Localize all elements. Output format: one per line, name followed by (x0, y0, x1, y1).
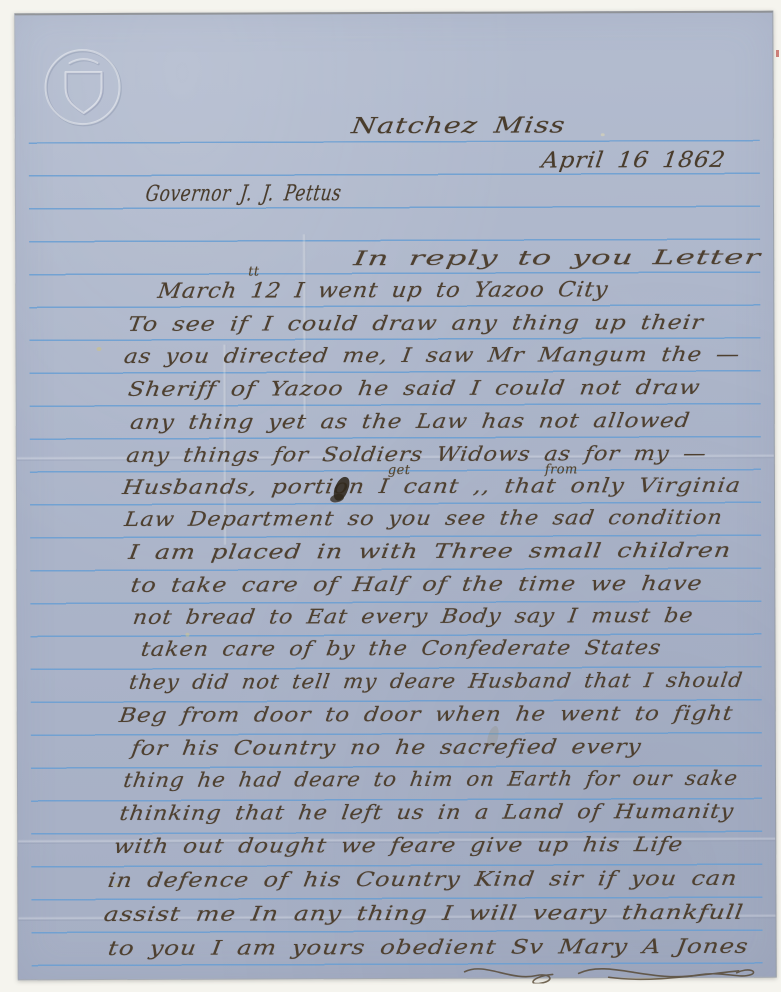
letter-line: Beg from door to door when he went to fi… (118, 701, 735, 727)
insert-day-suffix: tt (248, 264, 259, 279)
letter-line: March 12 I went up to Yazoo City (156, 277, 610, 303)
insert-word-get: get (388, 463, 411, 478)
letter-line: not bread to Eat every Body say I must b… (131, 603, 695, 629)
letter-line: assist me In any thing I will veary than… (103, 900, 746, 926)
signature-flourish (459, 957, 759, 984)
letter-line: In reply to you Letter (352, 245, 763, 270)
letter-line: Law Department so you see the sad condit… (123, 505, 724, 531)
letter-line: as you directed me, I saw Mr Mangum the … (123, 342, 742, 368)
letter-line: in defence of his Country Kind sir if yo… (106, 866, 739, 892)
scanned-letter: Natchez Miss April 16 1862 Governor J. J… (0, 0, 781, 992)
embossed-shield-seal-icon (39, 41, 127, 133)
letter-paper: Natchez Miss April 16 1862 Governor J. J… (14, 11, 776, 981)
paper-speck (601, 133, 605, 136)
letter-place-line: Natchez Miss (350, 113, 567, 139)
letter-line: thing he had deare to him on Earth for o… (122, 766, 740, 792)
letter-line: they did not tell my deare Husband that … (128, 668, 745, 694)
paper-speck (96, 347, 101, 351)
letter-line: to take care of Half of the time we have (129, 571, 704, 597)
letter-line: for his Country no he sacrefied every (130, 734, 643, 760)
letter-line: To see if I could draw any thing up thei… (126, 310, 705, 336)
letter-line: any things for Soldiers Widows as for my… (125, 441, 708, 467)
letter-line: to you I am yours obedient Sv Mary A Jon… (107, 934, 751, 960)
letter-date-line: April 16 1862 (540, 148, 727, 174)
letter-line: Sheriff of Yazoo he said I could not dra… (127, 375, 702, 401)
letter-line: I am placed in with Three small children (127, 538, 733, 564)
letter-line: Husbands, portion I cant ,, that only Vi… (121, 473, 743, 499)
insert-word-from: from (545, 462, 578, 477)
scan-edge-mark (776, 50, 779, 57)
letter-line: with out dought we feare give up his Lif… (112, 832, 685, 858)
letter-address-line: Governor J. J. Pettus (144, 181, 343, 207)
letter-line: taken care of by the Confederate States (140, 635, 664, 661)
letter-line: any thing yet as the Law has not allowed (129, 408, 692, 434)
letter-line: thinking that he left us in a Land of Hu… (118, 799, 735, 825)
